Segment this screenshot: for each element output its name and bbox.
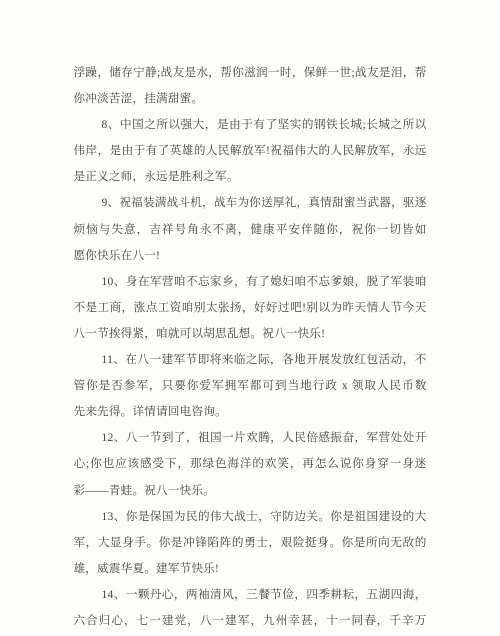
paragraph-item-9: 9、祝福装满战斗机，战车为你送厚礼，真情甜蜜当武器，驱逐 烦恼与失意，吉祥号角永… (74, 190, 427, 268)
paragraph-item-11: 11、在八一建军节即将来临之际，各地开展发放红包活动，不 管你是否参军，只要你爱… (74, 347, 427, 425)
paragraph-item-13: 13、你是保国为民的伟大战士，守防边关。你是祖国建设的大 军，大显身手。你是冲锋… (74, 504, 427, 582)
text-line: 8、中国之所以强大，是由于有了坚实的钢铁长城;长城之所以 (74, 112, 427, 138)
text-line: 伟岸，是由于有了英雄的人民解放军!祝福伟大的人民解放军，永远 (74, 138, 427, 164)
text-line: 14、一颗丹心，两袖清风，三餐节俭，四季耕耘，五湖四海， (74, 582, 427, 608)
text-line: 愿你快乐在八一! (74, 243, 427, 269)
text-line: 烦恼与失意，吉祥号角永不离，健康平安伴随你，祝你一切皆如意， (74, 217, 427, 243)
text-line: 彩——青蛙。祝八一快乐。 (74, 478, 427, 504)
text-line: 13、你是保国为民的伟大战士，守防边关。你是祖国建设的大 (74, 504, 427, 530)
text-line: 9、祝福装满战斗机，战车为你送厚礼，真情甜蜜当武器，驱逐 (74, 190, 427, 216)
text-line: 10、身在军营咱不忘家乡，有了媳妇咱不忘爹娘，脱了军装咱 (74, 269, 427, 295)
text-line: 是正义之师，永远是胜利之军。 (74, 164, 427, 190)
text-line: 12、八一节到了，祖国一片欢腾，人民倍感振奋，军营处处开 (74, 425, 427, 451)
document-page: 浮躁，储存宁静;战友是水，帮你滋润一时，保鲜一世;战友是泪，帮 你冲淡苦涩，挂满… (74, 0, 427, 634)
paragraph-item-12: 12、八一节到了，祖国一片欢腾，人民倍感振奋，军营处处开 心;你也应该感受下，那… (74, 425, 427, 503)
text-line: 心;你也应该感受下，那绿色海洋的欢笑，再怎么说你身穿一身迷 (74, 451, 427, 477)
paragraph-item-14: 14、一颗丹心，两袖清风，三餐节俭，四季耕耘，五湖四海， 六合归心，七一建党，八… (74, 582, 427, 634)
paragraph-continuation: 浮躁，储存宁静;战友是水，帮你滋润一时，保鲜一世;战友是泪，帮 你冲淡苦涩，挂满… (74, 60, 427, 112)
text-line: 雄，威震华夏。建军节快乐! (74, 556, 427, 582)
text-line: 六合归心，七一建党，八一建军，九州幸甚，十一同春，千辛万苦， (74, 608, 427, 634)
text-line: 管你是否参军，只要你爱军拥军都可到当地行政 x 领取人民币数万， (74, 373, 427, 399)
paragraph-item-8: 8、中国之所以强大，是由于有了坚实的钢铁长城;长城之所以 伟岸，是由于有了英雄的… (74, 112, 427, 190)
text-line: 先来先得。详情请回电咨询。 (74, 399, 427, 425)
text-line: 浮躁，储存宁静;战友是水，帮你滋润一时，保鲜一世;战友是泪，帮 (74, 60, 427, 86)
text-line: 你冲淡苦涩，挂满甜蜜。 (74, 86, 427, 112)
text-line: 11、在八一建军节即将来临之际，各地开展发放红包活动，不 (74, 347, 427, 373)
text-line: 军，大显身手。你是冲锋陷阵的勇士，艰险挺身。你是所向无敌的英 (74, 530, 427, 556)
text-line: 八一节挨得紧，咱就可以胡思乱想。祝八一快乐! (74, 321, 427, 347)
paragraph-item-10: 10、身在军营咱不忘家乡，有了媳妇咱不忘爹娘，脱了军装咱 不是工商，涨点工资咱别… (74, 269, 427, 347)
text-line: 不是工商，涨点工资咱别太张扬，好好过吧!别以为昨天情人节今天 (74, 295, 427, 321)
